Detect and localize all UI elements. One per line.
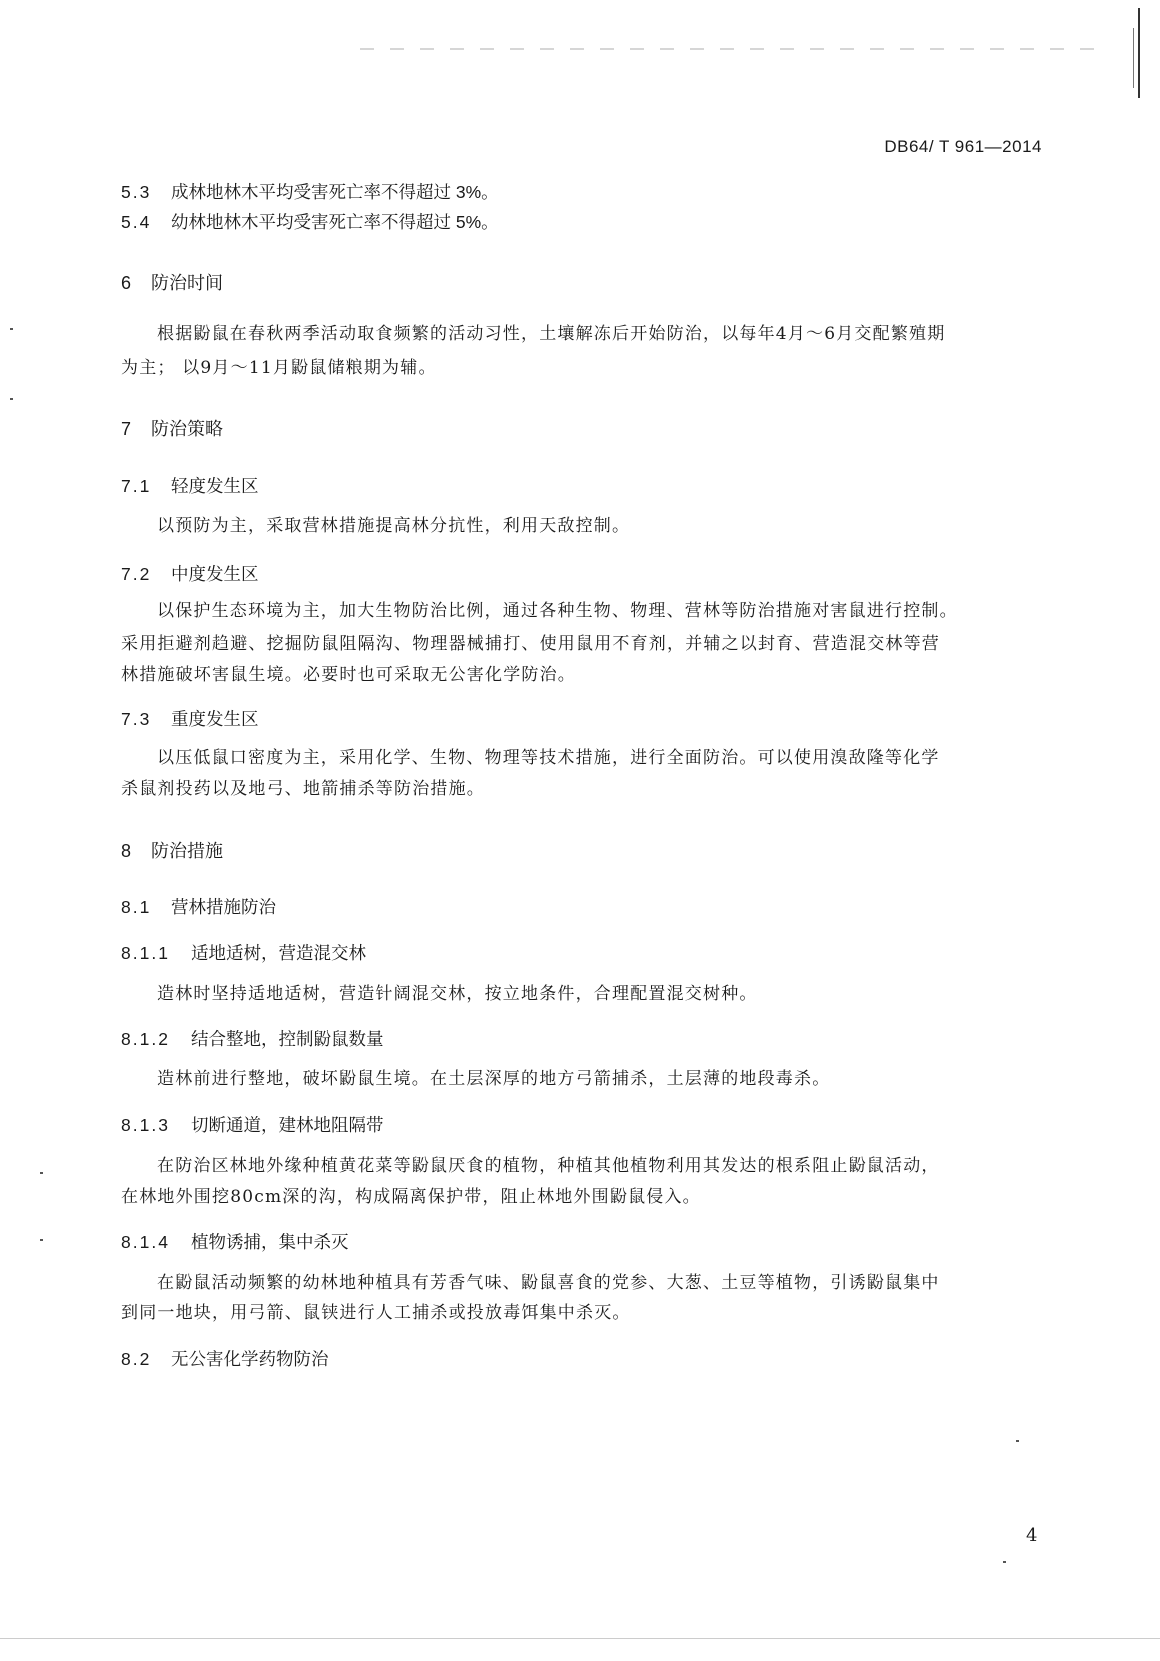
scan-speck (1003, 1561, 1006, 1563)
subsection-title: 营林措施防治 (171, 897, 276, 917)
subsection-title: 重度发生区 (171, 709, 259, 729)
section-number: 7 (121, 420, 151, 438)
paragraph-line: 以压低鼠口密度为主，采用化学、生物、物理等技术措施，进行全面防治。可以使用溴敌隆… (157, 750, 940, 767)
paragraph-line: 在防治区林地外缘种植黄花菜等鼢鼠厌食的植物，种植其他植物利用其发达的根系阻止鼢鼠… (157, 1158, 940, 1175)
subsection-7-3-heading: 7.3重度发生区 (121, 711, 259, 729)
section-number: 8 (121, 842, 151, 860)
clause-text: 幼林地林木平均受害死亡率不得超过 5%。 (171, 212, 499, 232)
paragraph-line: 以保护生态环境为主，加大生物防治比例，通过各种生物、物理、营林等防治措施对害鼠进… (157, 603, 958, 620)
subsubsection-8-1-3-heading: 8.1.3切断通道，建林地阻隔带 (121, 1117, 384, 1135)
scan-edge-mark (1133, 28, 1134, 88)
paragraph-line: 为主； 以9月～11月鼢鼠储粮期为辅。 (121, 360, 437, 377)
paragraph-line: 在林地外围挖80cm深的沟，构成隔离保护带，阻止林地外围鼢鼠侵入。 (121, 1189, 701, 1206)
section-7-heading: 7防治策略 (121, 420, 223, 438)
section-number: 6 (121, 274, 151, 292)
scan-speck (10, 398, 13, 400)
paragraph-line: 在鼢鼠活动频繁的幼林地种植具有芳香气味、鼢鼠喜食的党参、大葱、土豆等植物，引诱鼢… (157, 1275, 940, 1292)
subsection-number: 8.2 (121, 1351, 171, 1369)
document-page: DB64/ T 961—2014 5.3成林地林木平均受害死亡率不得超过 3%。… (0, 0, 1160, 1661)
subsubsection-number: 8.1.1 (121, 945, 191, 963)
scan-speck (40, 1172, 43, 1174)
subsubsection-title: 植物诱捕，集中杀灭 (191, 1232, 349, 1252)
subsubsection-number: 8.1.2 (121, 1031, 191, 1049)
subsection-number: 7.2 (121, 566, 171, 584)
section-title: 防治时间 (151, 273, 223, 293)
section-6-heading: 6防治时间 (121, 274, 223, 292)
subsubsection-number: 8.1.3 (121, 1117, 191, 1135)
section-8-heading: 8防治措施 (121, 842, 223, 860)
paragraph-line: 杀鼠剂投药以及地弓、地箭捕杀等防治措施。 (121, 781, 485, 798)
paragraph-line: 造林前进行整地，破坏鼢鼠生境。在土层深厚的地方弓箭捕杀，土层薄的地段毒杀。 (157, 1071, 830, 1088)
clause-number: 5.3 (121, 184, 171, 202)
section-title: 防治措施 (151, 841, 223, 861)
subsection-7-2-heading: 7.2中度发生区 (121, 566, 259, 584)
subsection-title: 无公害化学药物防治 (171, 1349, 329, 1369)
paragraph-line: 造林时坚持适地适树，营造针阔混交林，按立地条件，合理配置混交树种。 (157, 986, 758, 1003)
scan-artifact-dashes (360, 48, 1100, 50)
scan-speck (10, 328, 13, 330)
paragraph-line: 到同一地块，用弓箭、鼠铗进行人工捕杀或投放毒饵集中杀灭。 (121, 1305, 631, 1322)
standard-code-header: DB64/ T 961—2014 (884, 137, 1042, 157)
subsection-title: 轻度发生区 (171, 476, 259, 496)
subsection-title: 中度发生区 (171, 564, 259, 584)
clause-text: 成林地林木平均受害死亡率不得超过 3%。 (171, 182, 499, 202)
subsection-number: 7.3 (121, 711, 171, 729)
subsubsection-title: 适地适树，营造混交林 (191, 943, 366, 963)
subsubsection-8-1-4-heading: 8.1.4植物诱捕，集中杀灭 (121, 1234, 349, 1252)
subsubsection-8-1-1-heading: 8.1.1适地适树，营造混交林 (121, 945, 366, 963)
subsection-number: 8.1 (121, 899, 171, 917)
clause-5-4: 5.4幼林地林木平均受害死亡率不得超过 5%。 (121, 214, 499, 232)
paragraph-line: 根据鼢鼠在春秋两季活动取食频繁的活动习性，土壤解冻后开始防治，以每年4月～6月交… (157, 326, 945, 343)
subsection-7-1-heading: 7.1轻度发生区 (121, 478, 259, 496)
subsubsection-title: 切断通道，建林地阻隔带 (191, 1115, 384, 1135)
scan-bottom-edge (0, 1638, 1160, 1639)
subsection-8-2-heading: 8.2无公害化学药物防治 (121, 1351, 329, 1369)
scan-edge-mark (1138, 8, 1140, 98)
scan-speck (40, 1239, 43, 1241)
paragraph-line: 林措施破坏害鼠生境。必要时也可采取无公害化学防治。 (121, 667, 576, 684)
section-title: 防治策略 (151, 419, 223, 439)
clause-5-3: 5.3成林地林木平均受害死亡率不得超过 3%。 (121, 184, 499, 202)
paragraph-line: 以预防为主，采取营林措施提高林分抗性，利用天敌控制。 (157, 518, 630, 535)
page-number: 4 (1026, 1525, 1037, 1546)
subsubsection-8-1-2-heading: 8.1.2结合整地，控制鼢鼠数量 (121, 1031, 384, 1049)
scan-speck (1016, 1440, 1019, 1442)
subsubsection-number: 8.1.4 (121, 1234, 191, 1252)
subsection-8-1-heading: 8.1营林措施防治 (121, 899, 276, 917)
subsection-number: 7.1 (121, 478, 171, 496)
subsubsection-title: 结合整地，控制鼢鼠数量 (191, 1029, 384, 1049)
clause-number: 5.4 (121, 214, 171, 232)
paragraph-line: 采用拒避剂趋避、挖掘防鼠阻隔沟、物理器械捕打、使用鼠用不育剂，并辅之以封育、营造… (121, 636, 940, 653)
